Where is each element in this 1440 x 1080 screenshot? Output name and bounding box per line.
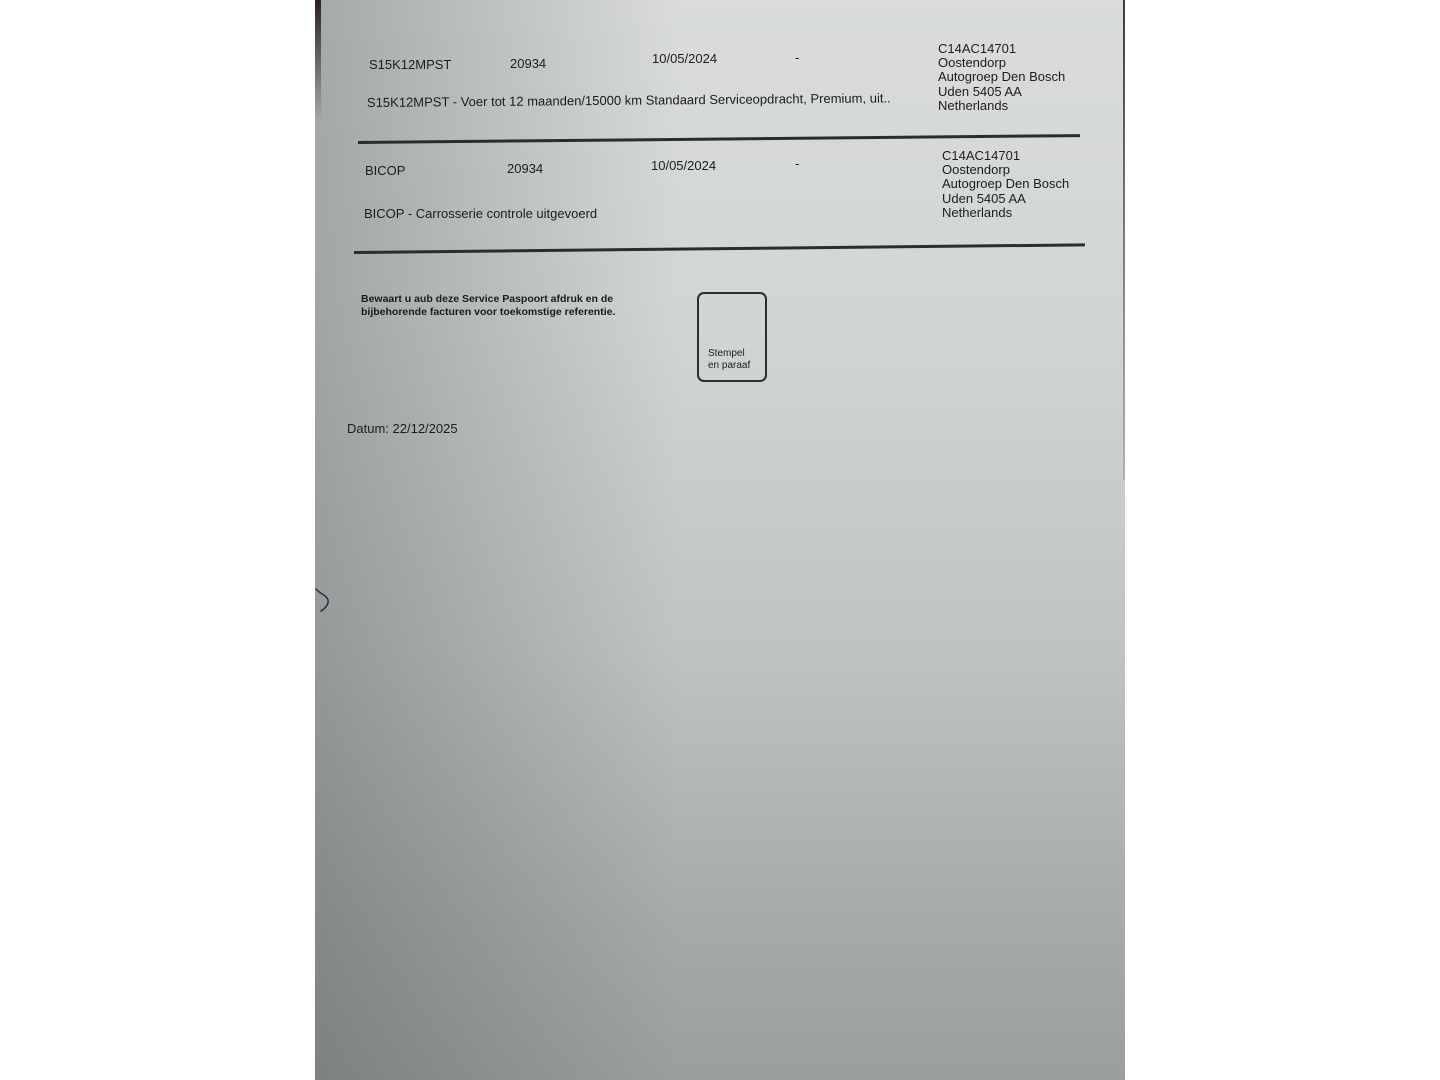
dealer-country: Netherlands (938, 99, 1065, 113)
notice-line: Bewaart u aub deze Service Paspoort afdr… (361, 293, 615, 306)
entry-mileage: - (795, 51, 799, 65)
divider-line (358, 134, 1080, 144)
dealer-line3: Uden 5405 AA (938, 85, 1065, 99)
print-date: Datum: 22/12/2025 (347, 422, 458, 436)
entry-code: S15K12MPST (369, 58, 451, 72)
entry-date: 10/05/2024 (651, 159, 716, 173)
dealer-line2: Autogroep Den Bosch (942, 177, 1069, 191)
photo-background: S15K12MPST 20934 10/05/2024 - C14AC14701… (0, 0, 1440, 1080)
pen-mark-icon (315, 585, 335, 621)
entry-description: BICOP - Carrosserie controle uitgevoerd (364, 207, 597, 221)
document-page: S15K12MPST 20934 10/05/2024 - C14AC14701… (315, 0, 1125, 1080)
dealer-line2: Autogroep Den Bosch (938, 70, 1065, 84)
dealer-line1: Oostendorp (942, 163, 1069, 177)
dealer-address: C14AC14701 Oostendorp Autogroep Den Bosc… (942, 149, 1069, 220)
stamp-label-line1: Stempel (708, 348, 750, 360)
entry-date: 10/05/2024 (652, 52, 717, 66)
dealer-line1: Oostendorp (938, 56, 1065, 70)
stamp-signature-box: Stempel en paraaf (697, 292, 767, 382)
dealer-line3: Uden 5405 AA (942, 192, 1069, 206)
dealer-country: Netherlands (942, 206, 1069, 220)
entry-description: S15K12MPST - Voer tot 12 maanden/15000 k… (367, 91, 891, 110)
stamp-label-line2: en paraaf (708, 360, 750, 372)
notice-line: bijbehorende facturen voor toekomstige r… (361, 306, 615, 319)
dealer-address: C14AC14701 Oostendorp Autogroep Den Bosc… (938, 42, 1065, 113)
entry-number: 20934 (510, 57, 546, 71)
entry-code: BICOP (365, 164, 405, 178)
dealer-id: C14AC14701 (938, 42, 1065, 56)
entry-number: 20934 (507, 162, 543, 176)
stamp-label: Stempel en paraaf (708, 348, 750, 372)
entry-mileage: - (795, 157, 799, 171)
divider-line (354, 243, 1085, 254)
retention-notice: Bewaart u aub deze Service Paspoort afdr… (361, 293, 615, 319)
dealer-id: C14AC14701 (942, 149, 1069, 163)
